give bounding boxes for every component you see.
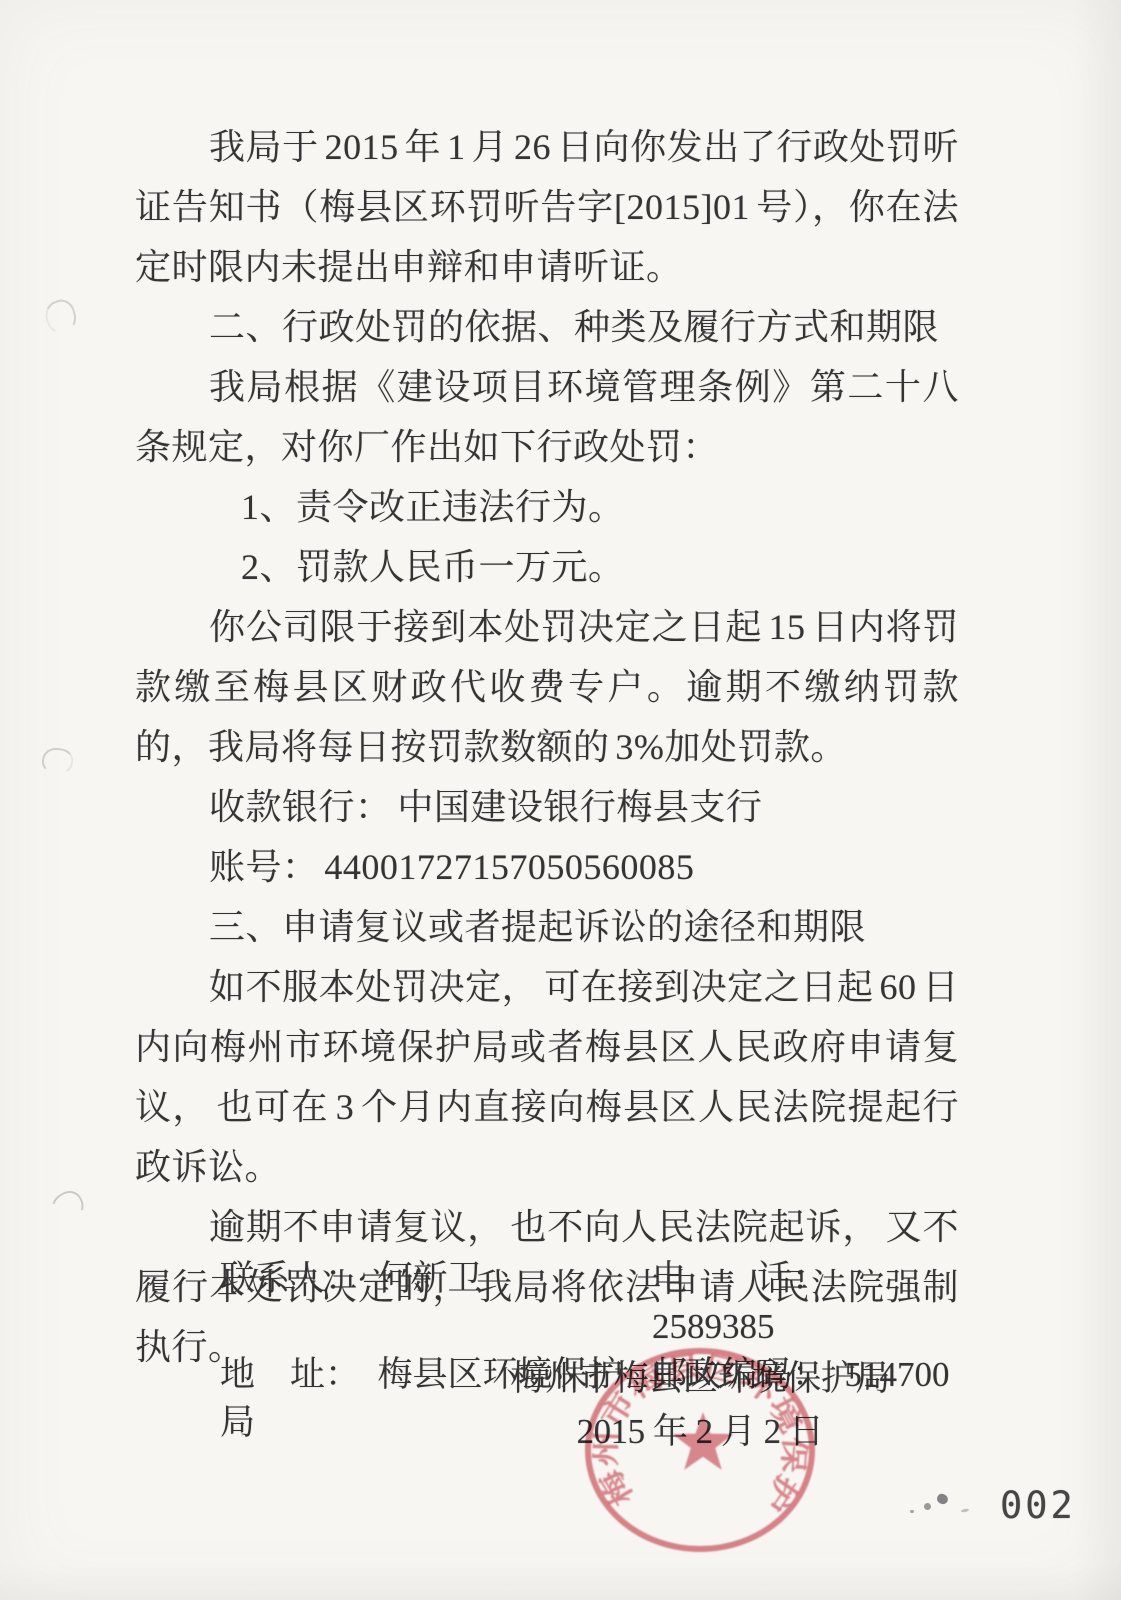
- paragraph: 账号： 44001727157050560085: [135, 837, 959, 897]
- seal-text: 梅州市梅县区环境保护局: [578, 1342, 811, 1517]
- ink-splatter: [903, 1490, 983, 1524]
- paragraph: 三、申请复议或者提起诉讼的途径和期限: [135, 897, 959, 957]
- official-seal-stamp: 梅州市梅县区环境保护局: [578, 1342, 822, 1558]
- paragraph: 我局于 2015 年 1 月 26 日向你发出了行政处罚听证告知书（梅县区环罚听…: [135, 117, 959, 297]
- scan-edge-shade-bottom: [0, 1564, 1121, 1600]
- ink-dot: [961, 1508, 969, 1513]
- paragraph: 二、行政处罚的依据、种类及履行方式和期限: [135, 297, 959, 357]
- ink-dot: [924, 1503, 931, 1510]
- seal-star-icon: [673, 1412, 734, 1470]
- paragraph: 2、罚款人民币一万元。: [135, 537, 959, 597]
- smudge-mark: [41, 296, 80, 338]
- document-body: 我局于 2015 年 1 月 26 日向你发出了行政处罚听证告知书（梅县区环罚听…: [135, 117, 959, 1377]
- smudge-mark: [40, 746, 74, 777]
- contact-label-value: 电 话： 2589385: [652, 1255, 959, 1351]
- ink-dot: [936, 1492, 950, 1505]
- paragraph: 1、责令改正违法行为。: [135, 477, 959, 537]
- contact-row: 联系人： 何新卫电 话： 2589385: [135, 1255, 959, 1351]
- contact-label-value: 联系人： 何新卫: [135, 1255, 652, 1351]
- paragraph: 收款银行： 中国建设银行梅县支行: [135, 777, 959, 837]
- smudge-mark: [47, 1186, 90, 1228]
- paragraph: 我局根据《建设项目环境管理条例》第二十八条规定，对你厂作出如下行政处罚：: [135, 357, 959, 477]
- scan-edge-shade-right: [1073, 0, 1121, 1600]
- paragraph: 你公司限于接到本处罚决定之日起 15 日内将罚款缴至梅县区财政代收费专户。逾期不…: [135, 597, 959, 777]
- svg-text:梅州市梅县区环境保护局: 梅州市梅县区环境保护局: [578, 1342, 811, 1517]
- ink-dot: [910, 1510, 914, 1513]
- scanned-document-page: 我局于 2015 年 1 月 26 日向你发出了行政处罚听证告知书（梅县区环罚听…: [0, 0, 1121, 1600]
- page-number: 002: [1000, 1484, 1076, 1527]
- paragraph: 如不服本处罚决定， 可在接到决定之日起 60 日内向梅州市环境保护局或者梅县区人…: [135, 957, 959, 1197]
